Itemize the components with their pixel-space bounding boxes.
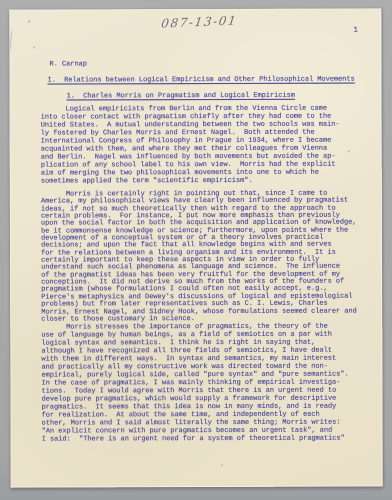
- paragraph-3: Morris stresses the importance of pragma…: [41, 323, 349, 444]
- paper-speck: [28, 21, 30, 23]
- author-name: R. Carnap: [49, 60, 86, 68]
- section-heading: I. Relations between Logical Empiricism …: [47, 76, 354, 85]
- catalog-number-handwritten: 087-13-01: [160, 13, 238, 30]
- pencil-edge-mark: [10, 28, 15, 50]
- subsection-heading: 1. Charles Morris on Pragmatism and Logi…: [67, 92, 295, 101]
- paragraph-2: Morris is certainly right in pointing ou…: [41, 190, 357, 323]
- paragraph-1: Logical empiricists from Berlin and from…: [41, 105, 340, 186]
- paper-speck: [33, 47, 35, 49]
- page-number: 1: [353, 26, 357, 35]
- paper-speck: [348, 151, 350, 153]
- scan-background: 087-13-01 1 R. Carnap I. Relations betwe…: [0, 0, 392, 500]
- document-page: 087-13-01 1 R. Carnap I. Relations betwe…: [9, 8, 382, 487]
- paper-speck: [221, 464, 223, 466]
